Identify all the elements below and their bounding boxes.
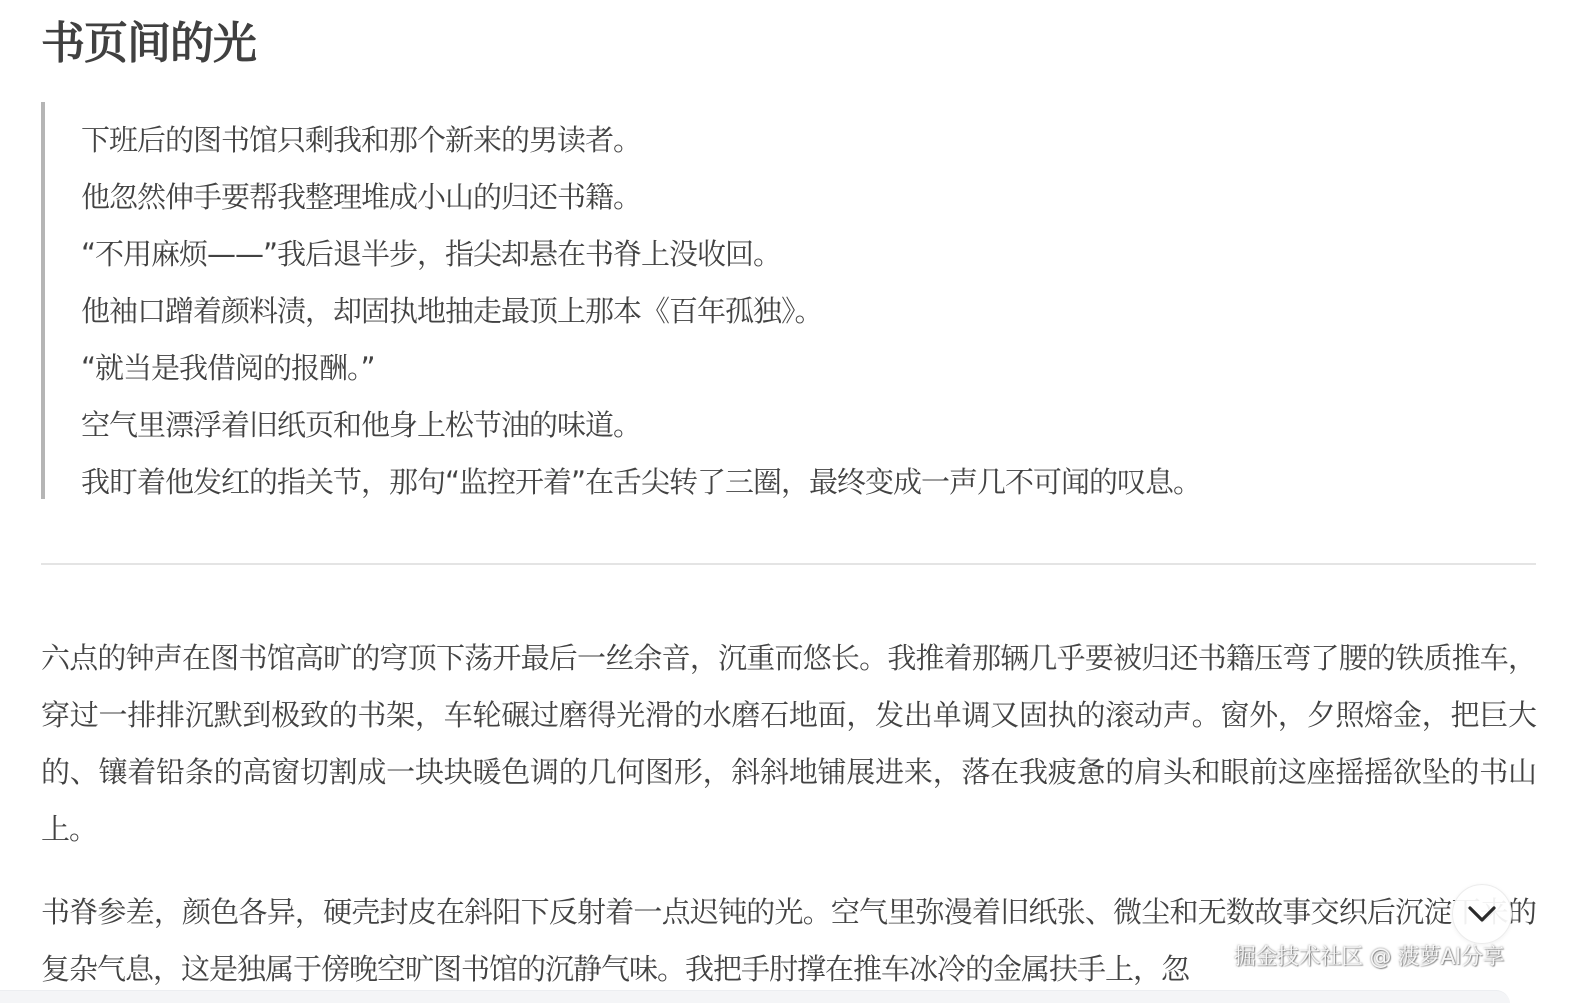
watermark: 掘金技术社区 @ 菠萝AI分享 [1234,940,1504,971]
horizontal-divider [41,563,1536,565]
quote-line: “不用麻烦——”我后退半步，指尖却悬在书脊上没收回。 [81,226,1491,283]
quote-line: 空气里漂浮着旧纸页和他身上松节油的味道。 [81,397,1491,454]
quote-line: 他忽然伸手要帮我整理堆成小山的归还书籍。 [81,169,1491,226]
quote-line: 下班后的图书馆只剩我和那个新来的男读者。 [81,112,1491,169]
scroll-down-button[interactable] [1452,884,1512,944]
quote-line: 我盯着他发红的指关节，那句“监控开着”在舌尖转了三圈，最终变成一声几不可闻的叹息… [81,454,1491,511]
paragraph: 六点的钟声在图书馆高旷的穹顶下荡开最后一丝余音，沉重而悠长。我推着那辆几乎要被归… [41,630,1536,858]
bottom-bar [0,990,1510,1003]
quote-line: 他袖口蹭着颜料渍，却固执地抽走最顶上那本《百年孤独》。 [81,283,1491,340]
article-title: 书页间的光 [41,16,256,72]
quote-line: “就当是我借阅的报酬。” [81,340,1491,397]
paragraph-block: 六点的钟声在图书馆高旷的穹顶下荡开最后一丝余音，沉重而悠长。我推着那辆几乎要被归… [41,630,1536,858]
chevron-down-icon [1467,904,1497,924]
blockquote: 下班后的图书馆只剩我和那个新来的男读者。 他忽然伸手要帮我整理堆成小山的归还书籍… [41,102,1491,499]
